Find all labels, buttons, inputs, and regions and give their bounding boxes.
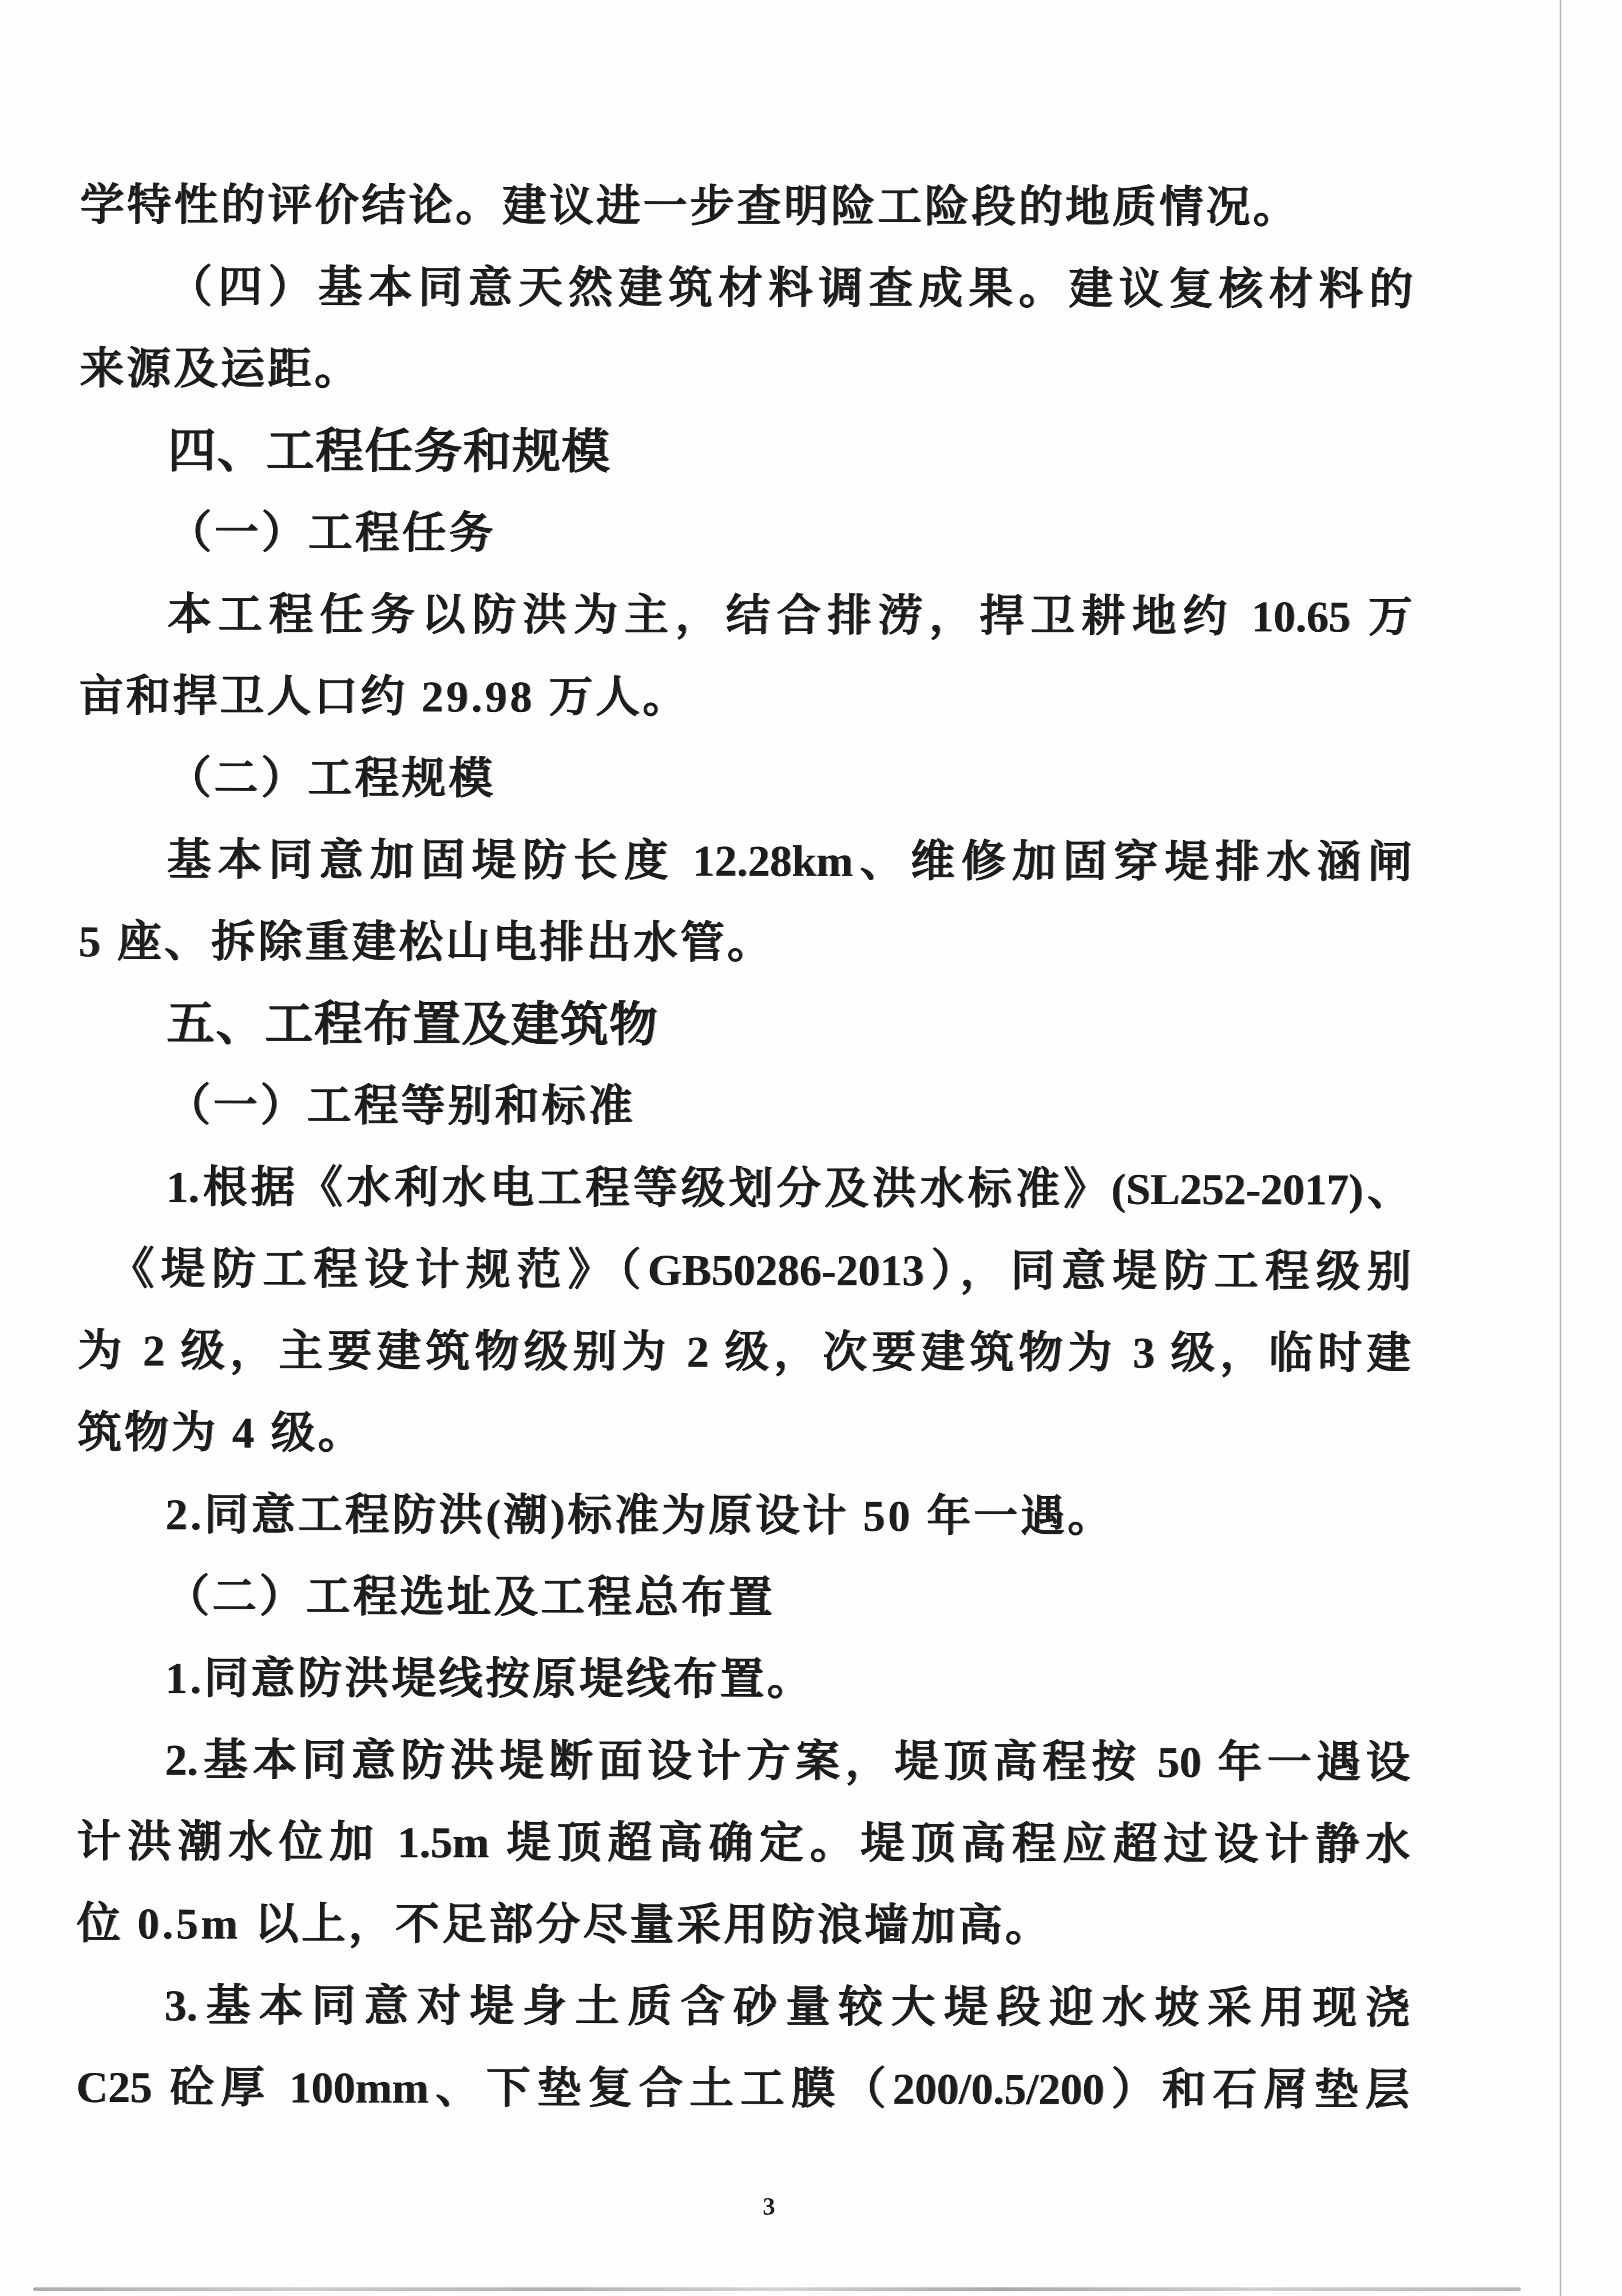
text-line-22: 位 0.5m 以上，不足部分尽量采用防浪墙加高。 — [76, 1883, 1409, 1968]
text-line-10: 5 座、拆除重建松山电排出水管。 — [78, 901, 1411, 985]
text-line-02: （四）基本同意天然建筑材料调查成果。建议复核材料的 — [80, 246, 1413, 331]
text-line-12: （一）工程等别和标准 — [78, 1064, 1411, 1149]
text-line-01: 学特性的评价结论。建议进一步查明险工险段的地质情况。 — [80, 164, 1413, 249]
text-line-19: 1.同意防洪堤线按原堤线布置。 — [77, 1637, 1410, 1722]
text-line-17: 2.同意工程防洪(潮)标准为原设计 50 年一遇。 — [77, 1474, 1410, 1558]
text-line-06: 本工程任务以防洪为主，结合排涝，捍卫耕地约 10.65 万 — [79, 573, 1412, 658]
scan-artifact-bottom-strip — [33, 2287, 1521, 2291]
text-line-18: （二）工程选址及工程总布置 — [77, 1555, 1410, 1640]
section-heading-4: 四、工程任务和规模 — [80, 410, 1413, 494]
text-line-13: 1.根据《水利水电工程等级划分及洪水标准》(SL252-2017)、 — [78, 1146, 1411, 1231]
text-line-08: （二）工程规模 — [79, 737, 1412, 822]
text-line-05: （一）工程任务 — [80, 492, 1413, 576]
page-number: 3 — [755, 2192, 783, 2221]
text-line-16: 筑物为 4 级。 — [77, 1392, 1410, 1476]
text-line-15: 为 2 级，主要建筑物级别为 2 级，次要建筑物为 3 级，临时建 — [78, 1310, 1411, 1395]
text-line-14: 《堤防工程设计规范》（GB50286-2013），同意堤防工程级别 — [78, 1228, 1411, 1313]
text-line-20: 2.基本同意防洪堤断面设计方案，堤顶高程按 50 年一遇设 — [77, 1719, 1410, 1804]
section-heading-5: 五、工程布置及建筑物 — [78, 983, 1411, 1067]
document-body: 学特性的评价结论。建议进一步查明险工险段的地质情况。 （四）基本同意天然建筑材料… — [76, 164, 1413, 2131]
text-line-03: 来源及运距。 — [80, 328, 1413, 413]
text-line-23: 3.基本同意对堤身土质含砂量较大堤段迎水坡采用现浇 — [76, 1965, 1409, 2049]
text-line-07: 亩和捍卫人口约 29.98 万人。 — [79, 655, 1412, 740]
text-line-24: C25 砼厚 100mm、下垫复合土工膜（200/0.5/200）和石屑垫层 — [76, 2046, 1409, 2131]
text-line-21: 计洪潮水位加 1.5m 堤顶超高确定。堤顶高程应超过设计静水 — [77, 1801, 1410, 1886]
text-line-09: 基本同意加固堤防长度 12.28km、维修加固穿堤排水涵闸 — [78, 819, 1411, 904]
scan-artifact-vertical-line — [1560, 0, 1561, 2296]
scanned-document-page: 学特性的评价结论。建议进一步查明险工险段的地质情况。 （四）基本同意天然建筑材料… — [0, 0, 1622, 2296]
